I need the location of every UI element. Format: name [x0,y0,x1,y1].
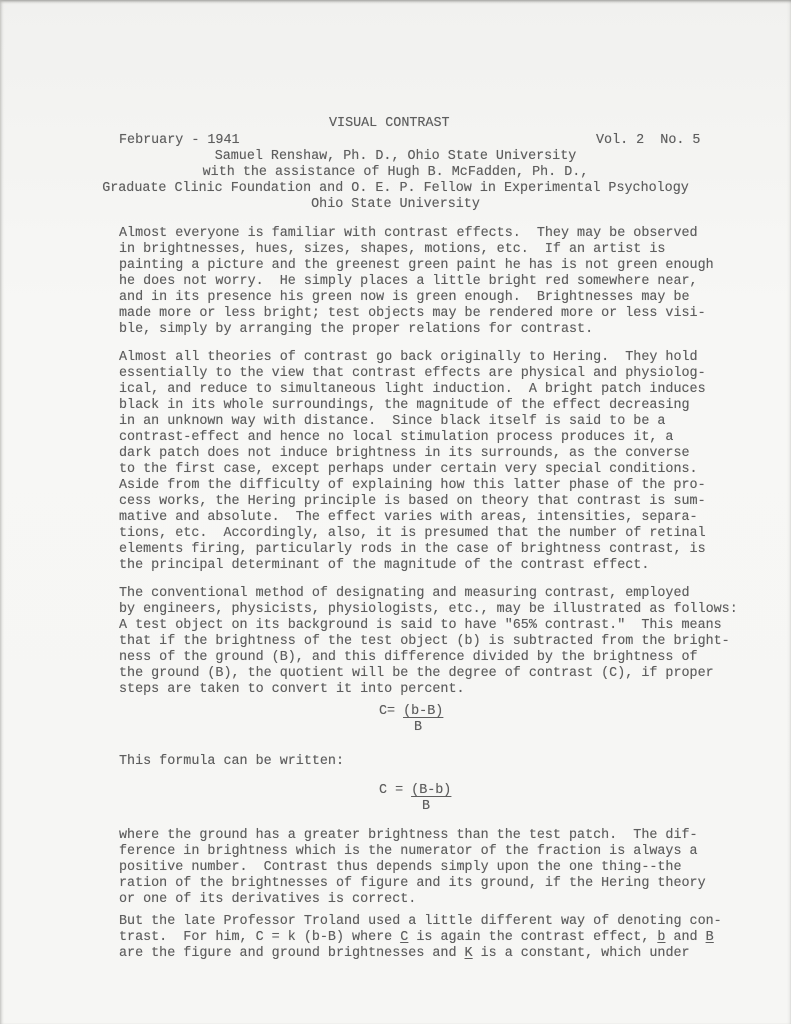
formula-denominator: B [414,720,422,735]
text-fragment: is a constant, which under [473,946,690,961]
paragraph-conventional-method: The conventional method of designating a… [119,586,738,698]
text-line: But the late Professor Troland used a li… [119,914,722,929]
formula-numerator: (b-B) [403,704,443,719]
paragraph-ground-brightness: where the ground has a greater brightnes… [119,828,706,908]
document-page: VISUAL CONTRAST February - 1941 Vol. 2 N… [0,0,791,1024]
text-line: trast. For him, C = k (b-B) where [119,930,400,945]
variable-K: K [465,946,473,961]
author-line: Graduate Clinic Foundation and O. E. P. … [0,181,791,197]
formula-contrast-2: C = (B-b) B [379,783,451,798]
paragraph-hering-theory: Almost all theories of contrast go back … [119,350,706,574]
author-line: Ohio State University [0,197,791,213]
variable-B: B [706,930,714,945]
author-line: with the assistance of Hugh B. McFadden,… [0,165,791,181]
paragraph-troland: But the late Professor Troland used a li… [119,914,722,962]
formula-denominator: B [422,799,430,814]
document-date: February - 1941 [119,133,240,149]
text-line: are the figure and ground brightnesses a… [119,946,465,961]
formula-numerator: (B-b) [411,783,451,798]
paragraph-contrast-effects: Almost everyone is familiar with contras… [119,226,714,338]
text-fragment: and [665,930,705,945]
formula-lhs: C= [379,704,403,719]
formula-contrast-1: C= (b-B) B [379,704,443,719]
volume-number: Vol. 2 No. 5 [596,133,700,149]
formula-intro: This formula can be written: [119,754,344,770]
document-title: VISUAL CONTRAST [329,116,450,132]
author-line: Samuel Renshaw, Ph. D., Ohio State Unive… [0,149,791,165]
formula-lhs: C = [379,783,411,798]
text-fragment: is again the contrast effect, [408,930,657,945]
